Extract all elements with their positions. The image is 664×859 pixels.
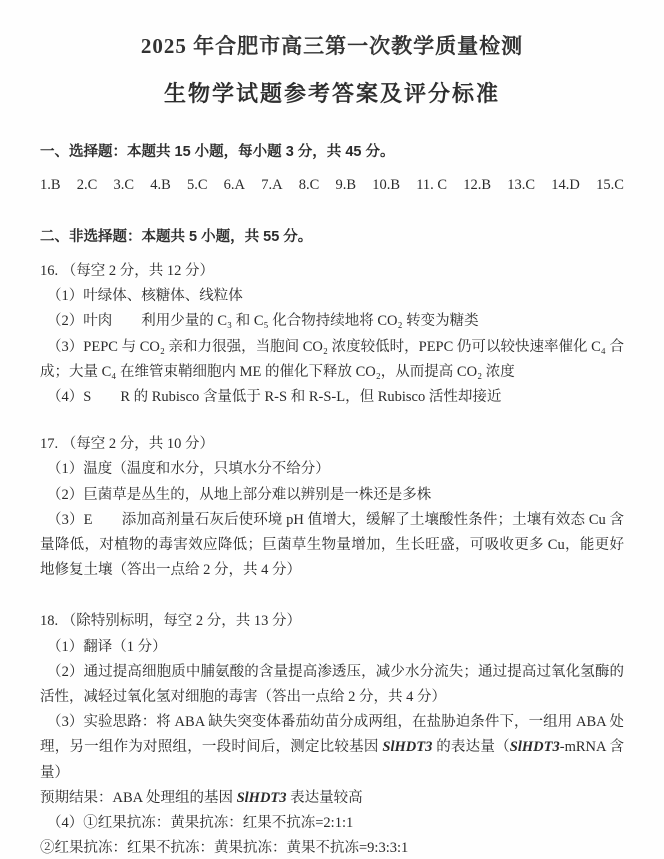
gene-name-slhdt3: SlHDT3 [382,739,432,755]
question-18: 18. （除特别标明，每空 2 分，共 13 分） （1）翻译（1 分） （2）… [40,609,624,859]
answer-item-7: 7.A [261,174,282,196]
answer-item-10: 10.B [372,174,400,196]
answer-item-11: 11. C [416,174,447,196]
q18-answer-1: （1）翻译（1 分） [40,635,624,660]
q17-answer-3: （3）E 添加高剂量石灰后使环境 pH 值增大，缓解了土壤酸性条件；土壤有效态 … [40,508,624,584]
page-subtitle: 生物学试题参考答案及评分标准 [40,77,624,108]
q18-answer-3: （3）实验思路：将 ABA 缺失突变体番茄幼苗分成两组，在盐胁迫条件下，一组用 … [40,710,624,786]
section-nonchoice-heading: 二、非选择题：本题共 5 小题，共 55 分。 [40,225,624,250]
q18-answer-3-text: 的表达量（ [432,739,509,755]
answer-item-4: 4.B [150,174,171,196]
answer-item-1: 1.B [40,174,61,196]
answer-item-8: 8.C [299,174,320,196]
answer-item-12: 12.B [463,174,491,196]
q17-answer-1: （1）温度（温度和水分，只填水分不给分） [40,457,624,482]
q17-answer-2: （2）巨菌草是丛生的，从地上部分难以辨别是一株还是多株 [40,483,624,508]
question-17: 17. （每空 2 分，共 10 分） （1）温度（温度和水分，只填水分不给分）… [40,432,624,583]
answer-item-6: 6.A [224,174,245,196]
q18-answer-2: （2）通过提高细胞质中脯氨酸的含量提高渗透压，减少水分流失；通过提高过氧化氢酶的… [40,660,624,710]
answer-item-15: 15.C [596,174,624,196]
question-17-header: 17. （每空 2 分，共 10 分） [40,432,624,457]
q16-answer-3: （3）PEPC 与 CO₂ 亲和力很强，当胞间 CO₂ 浓度较低时，PEPC 仍… [40,335,624,385]
answer-item-9: 9.B [336,174,357,196]
answer-item-14: 14.D [551,174,580,196]
q16-answer-2: （2）叶肉 利用少量的 C₃ 和 C₅ 化合物持续地将 CO₂ 转变为糖类 [40,309,624,334]
question-16-header: 16. （每空 2 分，共 12 分） [40,259,624,284]
q16-answer-4: （4）S R 的 Rubisco 含量低于 R-S 和 R-S-L，但 Rubi… [40,385,624,410]
answer-item-2: 2.C [77,174,98,196]
section-choice-heading: 一、选择题：本题共 15 小题，每小题 3 分，共 45 分。 [40,140,624,165]
answer-key-document: 2025 年合肥市高三第一次教学质量检测 生物学试题参考答案及评分标准 一、选择… [0,0,664,859]
choice-answers-row: 1.B 2.C 3.C 4.B 5.C 6.A 7.A 8.C 9.B 10.B… [40,174,624,196]
q18-answer-4b: ②红果抗冻：红果不抗冻：黄果抗冻：黄果不抗冻=9:3:3:1 [40,836,624,859]
q18-expected-result: 预期结果：ABA 处理组的基因 SlHDT3 表达量较高 [40,786,624,811]
question-18-header: 18. （除特别标明，每空 2 分，共 13 分） [40,609,624,634]
answer-item-13: 13.C [507,174,535,196]
page-title: 2025 年合肥市高三第一次教学质量检测 [40,30,624,60]
q16-answer-1: （1）叶绿体、核糖体、线粒体 [40,284,624,309]
q18-answer-4a: （4）①红果抗冻：黄果抗冻：红果不抗冻=2:1:1 [40,811,624,836]
answer-item-3: 3.C [113,174,134,196]
q18-expected-result-text: 预期结果：ABA 处理组的基因 [40,790,237,806]
gene-name-slhdt3: SlHDT3 [510,739,560,755]
q18-expected-result-text: 表达量较高 [287,790,363,806]
answer-item-5: 5.C [187,174,208,196]
gene-name-slhdt3: SlHDT3 [237,790,287,806]
question-16: 16. （每空 2 分，共 12 分） （1）叶绿体、核糖体、线粒体 （2）叶肉… [40,259,624,410]
